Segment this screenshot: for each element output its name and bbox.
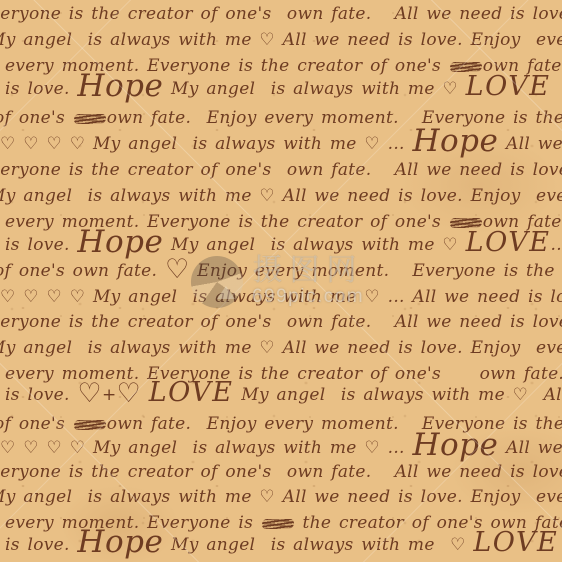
paper-background: everyone is the creator of one's own fat…	[0, 0, 562, 562]
watermark-guide-lines	[0, 0, 562, 562]
